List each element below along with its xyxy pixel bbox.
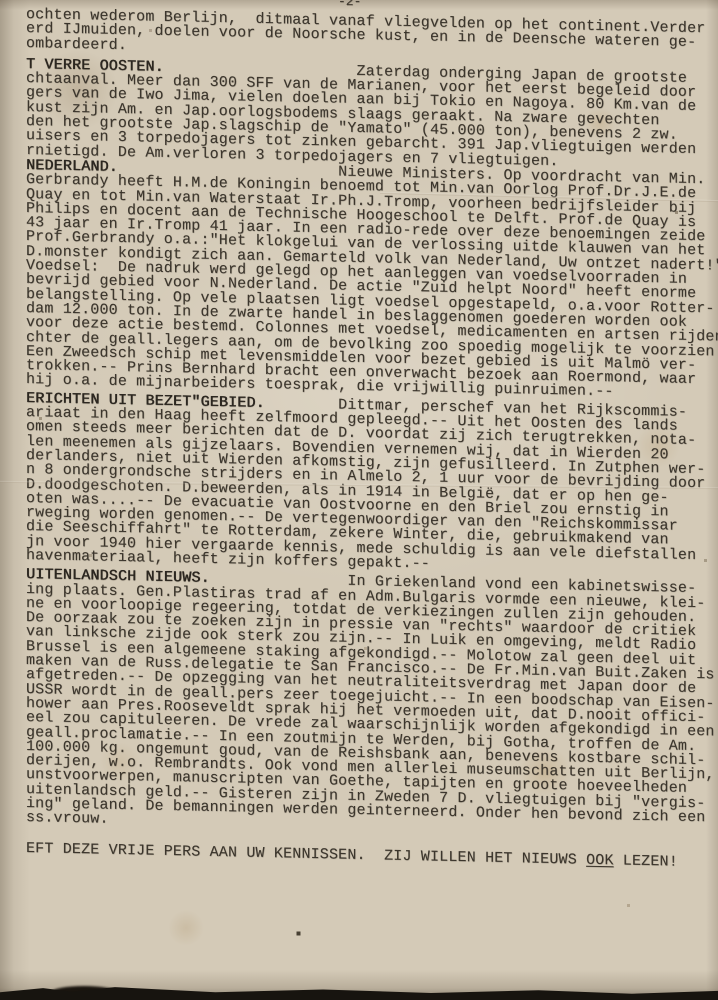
text-segment: ss.vrouw.: [26, 809, 109, 828]
text-segment: OOK: [586, 851, 614, 869]
photo-bottom-edge: [0, 986, 718, 1000]
text-segment: LEZEN!: [614, 852, 678, 870]
paper-specks: [0, 0, 1, 1]
text-segment: ombardeerd.: [26, 35, 127, 54]
text-segment: EFT DEZE VRIJE PERS AAN UW KENNISSEN. ZI…: [26, 840, 586, 869]
typewritten-text: ochten wederom Berlijn, ditmaal vanaf vl…: [26, 8, 718, 871]
document-photo: -2- ochten wederom Berlijn, ditmaal vana…: [0, 0, 718, 1000]
page-number: -2-: [338, 0, 361, 9]
footer-line: EFT DEZE VRIJE PERS AAN UW KENNISSEN. ZI…: [26, 842, 718, 871]
